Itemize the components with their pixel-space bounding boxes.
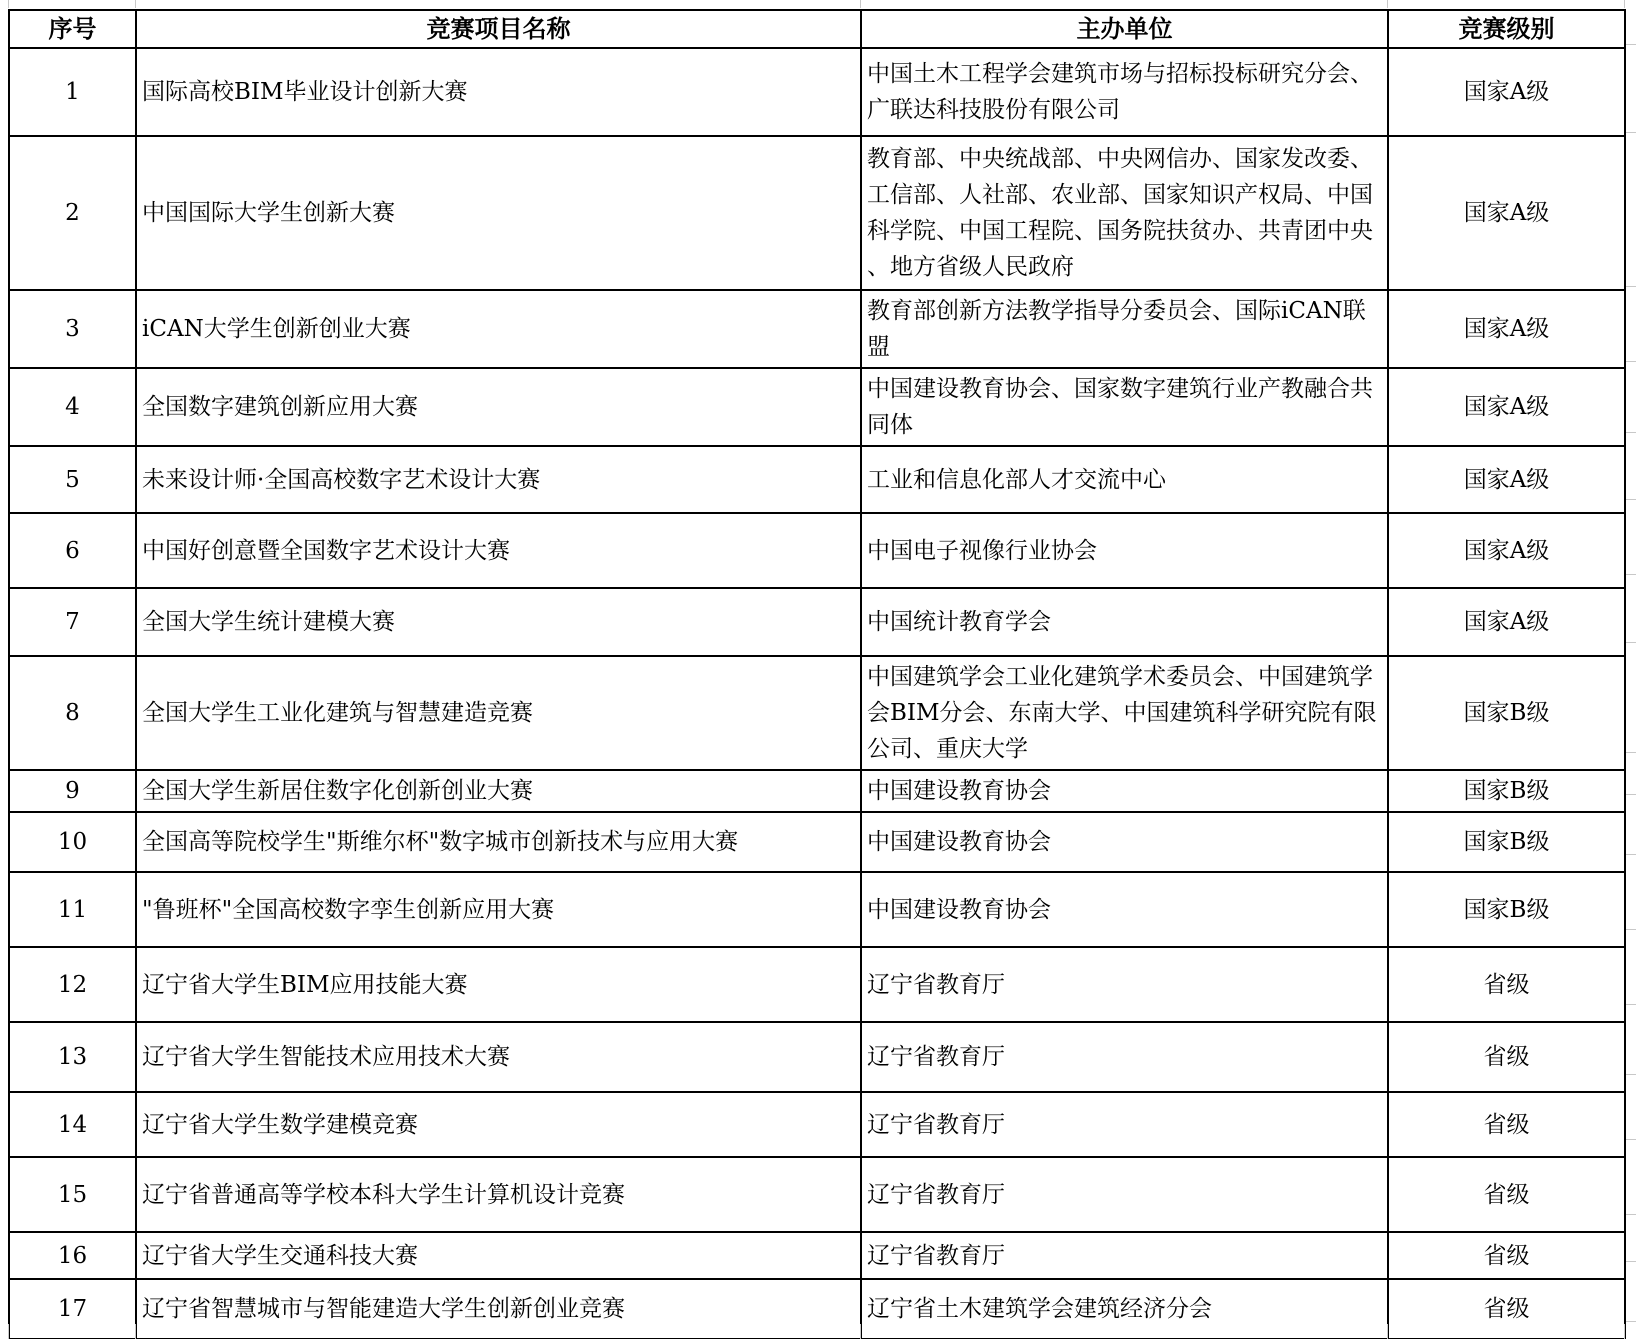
cell-name[interactable]: 辽宁省大学生智能技术应用技术大赛: [136, 1022, 861, 1092]
cell-organizer[interactable]: 中国统计教育学会: [861, 588, 1388, 656]
cell-name[interactable]: 中国好创意暨全国数字艺术设计大赛: [136, 513, 861, 588]
cell-no[interactable]: 4: [9, 368, 136, 446]
cell-no[interactable]: 1: [9, 48, 136, 136]
cell-level[interactable]: 省级: [1388, 1279, 1625, 1339]
gridline: [1626, 44, 1636, 45]
gridline: [8, 1324, 9, 1339]
header-cell-organizer[interactable]: 主办单位: [861, 10, 1388, 48]
gridline: [135, 0, 136, 8]
table-row: 3iCAN大学生创新创业大赛教育部创新方法教学指导分委员会、国际iCAN联盟国家…: [9, 290, 1625, 368]
cell-organizer[interactable]: 辽宁省教育厅: [861, 1092, 1388, 1157]
cell-organizer[interactable]: 辽宁省教育厅: [861, 1157, 1388, 1232]
cell-no[interactable]: 13: [9, 1022, 136, 1092]
cell-name[interactable]: 辽宁省大学生数学建模竞赛: [136, 1092, 861, 1157]
table-row: 2中国国际大学生创新大赛教育部、中央统战部、中央网信办、国家发改委、工信部、人社…: [9, 136, 1625, 290]
cell-organizer[interactable]: 中国建设教育协会: [861, 872, 1388, 947]
cell-no[interactable]: 15: [9, 1157, 136, 1232]
cell-level[interactable]: 省级: [1388, 947, 1625, 1022]
cell-level[interactable]: 国家A级: [1388, 368, 1625, 446]
gridline: [1626, 574, 1636, 575]
cell-name[interactable]: 辽宁省普通高等学校本科大学生计算机设计竞赛: [136, 1157, 861, 1232]
gridline: [8, 0, 9, 8]
table-row: 10全国高等院校学生"斯维尔杯"数字城市创新技术与应用大赛中国建设教育协会国家B…: [9, 812, 1625, 872]
table-row: 7全国大学生统计建模大赛中国统计教育学会国家A级: [9, 588, 1625, 656]
table-row: 14辽宁省大学生数学建模竞赛辽宁省教育厅省级: [9, 1092, 1625, 1157]
gridline: [1626, 432, 1636, 433]
cell-name[interactable]: 全国大学生工业化建筑与智慧建造竞赛: [136, 656, 861, 770]
cell-level[interactable]: 国家A级: [1388, 290, 1625, 368]
table-row: 13辽宁省大学生智能技术应用技术大赛辽宁省教育厅省级: [9, 1022, 1625, 1092]
table-row: 1国际高校BIM毕业设计创新大赛中国土木工程学会建筑市场与招标投标研究分会、广联…: [9, 48, 1625, 136]
cell-level[interactable]: 省级: [1388, 1232, 1625, 1279]
table-body: 1国际高校BIM毕业设计创新大赛中国土木工程学会建筑市场与招标投标研究分会、广联…: [9, 48, 1625, 1339]
table-row: 16辽宁省大学生交通科技大赛辽宁省教育厅省级: [9, 1232, 1625, 1279]
gridline: [860, 1324, 861, 1339]
cell-organizer[interactable]: 中国建设教育协会: [861, 770, 1388, 812]
cell-name[interactable]: 全国大学生新居住数字化创新创业大赛: [136, 770, 861, 812]
cell-no[interactable]: 9: [9, 770, 136, 812]
gridline: [1626, 929, 1636, 930]
gridline: [1626, 794, 1636, 795]
cell-name[interactable]: 全国高等院校学生"斯维尔杯"数字城市创新技术与应用大赛: [136, 812, 861, 872]
cell-no[interactable]: 11: [9, 872, 136, 947]
gridline: [1626, 854, 1636, 855]
gridline: [1626, 132, 1636, 133]
table-row: 15辽宁省普通高等学校本科大学生计算机设计竞赛辽宁省教育厅省级: [9, 1157, 1625, 1232]
cell-organizer[interactable]: 教育部、中央统战部、中央网信办、国家发改委、工信部、人社部、农业部、国家知识产权…: [861, 136, 1388, 290]
cell-organizer[interactable]: 工业和信息化部人才交流中心: [861, 446, 1388, 513]
cell-name[interactable]: 辽宁省智慧城市与智能建造大学生创新创业竞赛: [136, 1279, 861, 1339]
cell-organizer[interactable]: 辽宁省土木建筑学会建筑经济分会: [861, 1279, 1388, 1339]
cell-level[interactable]: 国家B级: [1388, 770, 1625, 812]
cell-name[interactable]: 未来设计师·全国高校数字艺术设计大赛: [136, 446, 861, 513]
cell-no[interactable]: 7: [9, 588, 136, 656]
cell-no[interactable]: 10: [9, 812, 136, 872]
gridline: [1387, 1324, 1388, 1339]
cell-no[interactable]: 2: [9, 136, 136, 290]
cell-level[interactable]: 国家A级: [1388, 446, 1625, 513]
cell-no[interactable]: 8: [9, 656, 136, 770]
cell-level[interactable]: 国家A级: [1388, 136, 1625, 290]
cell-organizer[interactable]: 辽宁省教育厅: [861, 947, 1388, 1022]
cell-organizer[interactable]: 中国建设教育协会: [861, 812, 1388, 872]
table-row: 9全国大学生新居住数字化创新创业大赛中国建设教育协会国家B级: [9, 770, 1625, 812]
cell-level[interactable]: 国家A级: [1388, 513, 1625, 588]
gridline: [1626, 1261, 1636, 1262]
cell-name[interactable]: 辽宁省大学生BIM应用技能大赛: [136, 947, 861, 1022]
gridline: [1626, 1139, 1636, 1140]
cell-level[interactable]: 省级: [1388, 1022, 1625, 1092]
header-cell-no[interactable]: 序号: [9, 10, 136, 48]
cell-name[interactable]: iCAN大学生创新创业大赛: [136, 290, 861, 368]
cell-organizer[interactable]: 辽宁省教育厅: [861, 1022, 1388, 1092]
cell-level[interactable]: 省级: [1388, 1157, 1625, 1232]
cell-level[interactable]: 国家A级: [1388, 48, 1625, 136]
cell-no[interactable]: 3: [9, 290, 136, 368]
gridline: [1387, 0, 1388, 8]
cell-no[interactable]: 5: [9, 446, 136, 513]
cell-name[interactable]: "鲁班杯"全国高校数字孪生创新应用大赛: [136, 872, 861, 947]
cell-no[interactable]: 14: [9, 1092, 136, 1157]
table-row: 4全国数字建筑创新应用大赛中国建设教育协会、国家数字建筑行业产教融合共同体国家A…: [9, 368, 1625, 446]
cell-name[interactable]: 全国数字建筑创新应用大赛: [136, 368, 861, 446]
cell-level[interactable]: 国家A级: [1388, 588, 1625, 656]
cell-name[interactable]: 辽宁省大学生交通科技大赛: [136, 1232, 861, 1279]
cell-level[interactable]: 国家B级: [1388, 872, 1625, 947]
cell-organizer[interactable]: 中国建筑学会工业化建筑学术委员会、中国建筑学会BIM分会、东南大学、中国建筑科学…: [861, 656, 1388, 770]
cell-name[interactable]: 中国国际大学生创新大赛: [136, 136, 861, 290]
cell-level[interactable]: 省级: [1388, 1092, 1625, 1157]
gridline: [1626, 1004, 1636, 1005]
header-cell-level[interactable]: 竞赛级别: [1388, 10, 1625, 48]
cell-name[interactable]: 国际高校BIM毕业设计创新大赛: [136, 48, 861, 136]
gridline: [1626, 499, 1636, 500]
cell-no[interactable]: 16: [9, 1232, 136, 1279]
cell-name[interactable]: 全国大学生统计建模大赛: [136, 588, 861, 656]
table-row: 6中国好创意暨全国数字艺术设计大赛中国电子视像行业协会国家A级: [9, 513, 1625, 588]
cell-no[interactable]: 17: [9, 1279, 136, 1339]
cell-organizer[interactable]: 中国土木工程学会建筑市场与招标投标研究分会、广联达科技股份有限公司: [861, 48, 1388, 136]
table-header-row: 序号 竞赛项目名称 主办单位 竞赛级别: [9, 10, 1625, 48]
gridline: [860, 0, 861, 8]
table-row: 12辽宁省大学生BIM应用技能大赛辽宁省教育厅省级: [9, 947, 1625, 1022]
gridline: [1626, 642, 1636, 643]
cell-organizer[interactable]: 教育部创新方法教学指导分委员会、国际iCAN联盟: [861, 290, 1388, 368]
cell-level[interactable]: 国家B级: [1388, 812, 1625, 872]
spreadsheet-canvas: 序号 竞赛项目名称 主办单位 竞赛级别 1国际高校BIM毕业设计创新大赛中国土木…: [0, 0, 1636, 1339]
gridline: [1626, 286, 1636, 287]
gridline: [1624, 0, 1625, 8]
gridline: [135, 1324, 136, 1339]
gridline: [1624, 1324, 1625, 1339]
cell-level[interactable]: 国家B级: [1388, 656, 1625, 770]
gridline: [1626, 1321, 1636, 1322]
gridline: [1626, 1214, 1636, 1215]
gridline: [1626, 361, 1636, 362]
header-cell-name[interactable]: 竞赛项目名称: [136, 10, 861, 48]
cell-no[interactable]: 12: [9, 947, 136, 1022]
table-row: 5未来设计师·全国高校数字艺术设计大赛工业和信息化部人才交流中心国家A级: [9, 446, 1625, 513]
table-row: 8全国大学生工业化建筑与智慧建造竞赛中国建筑学会工业化建筑学术委员会、中国建筑学…: [9, 656, 1625, 770]
table-row: 17辽宁省智慧城市与智能建造大学生创新创业竞赛辽宁省土木建筑学会建筑经济分会省级: [9, 1279, 1625, 1339]
cell-organizer[interactable]: 辽宁省教育厅: [861, 1232, 1388, 1279]
cell-no[interactable]: 6: [9, 513, 136, 588]
competition-table: 序号 竞赛项目名称 主办单位 竞赛级别 1国际高校BIM毕业设计创新大赛中国土木…: [8, 9, 1626, 1339]
cell-organizer[interactable]: 中国建设教育协会、国家数字建筑行业产教融合共同体: [861, 368, 1388, 446]
gridline: [1626, 752, 1636, 753]
gridline: [1626, 1074, 1636, 1075]
cell-organizer[interactable]: 中国电子视像行业协会: [861, 513, 1388, 588]
table-row: 11"鲁班杯"全国高校数字孪生创新应用大赛中国建设教育协会国家B级: [9, 872, 1625, 947]
